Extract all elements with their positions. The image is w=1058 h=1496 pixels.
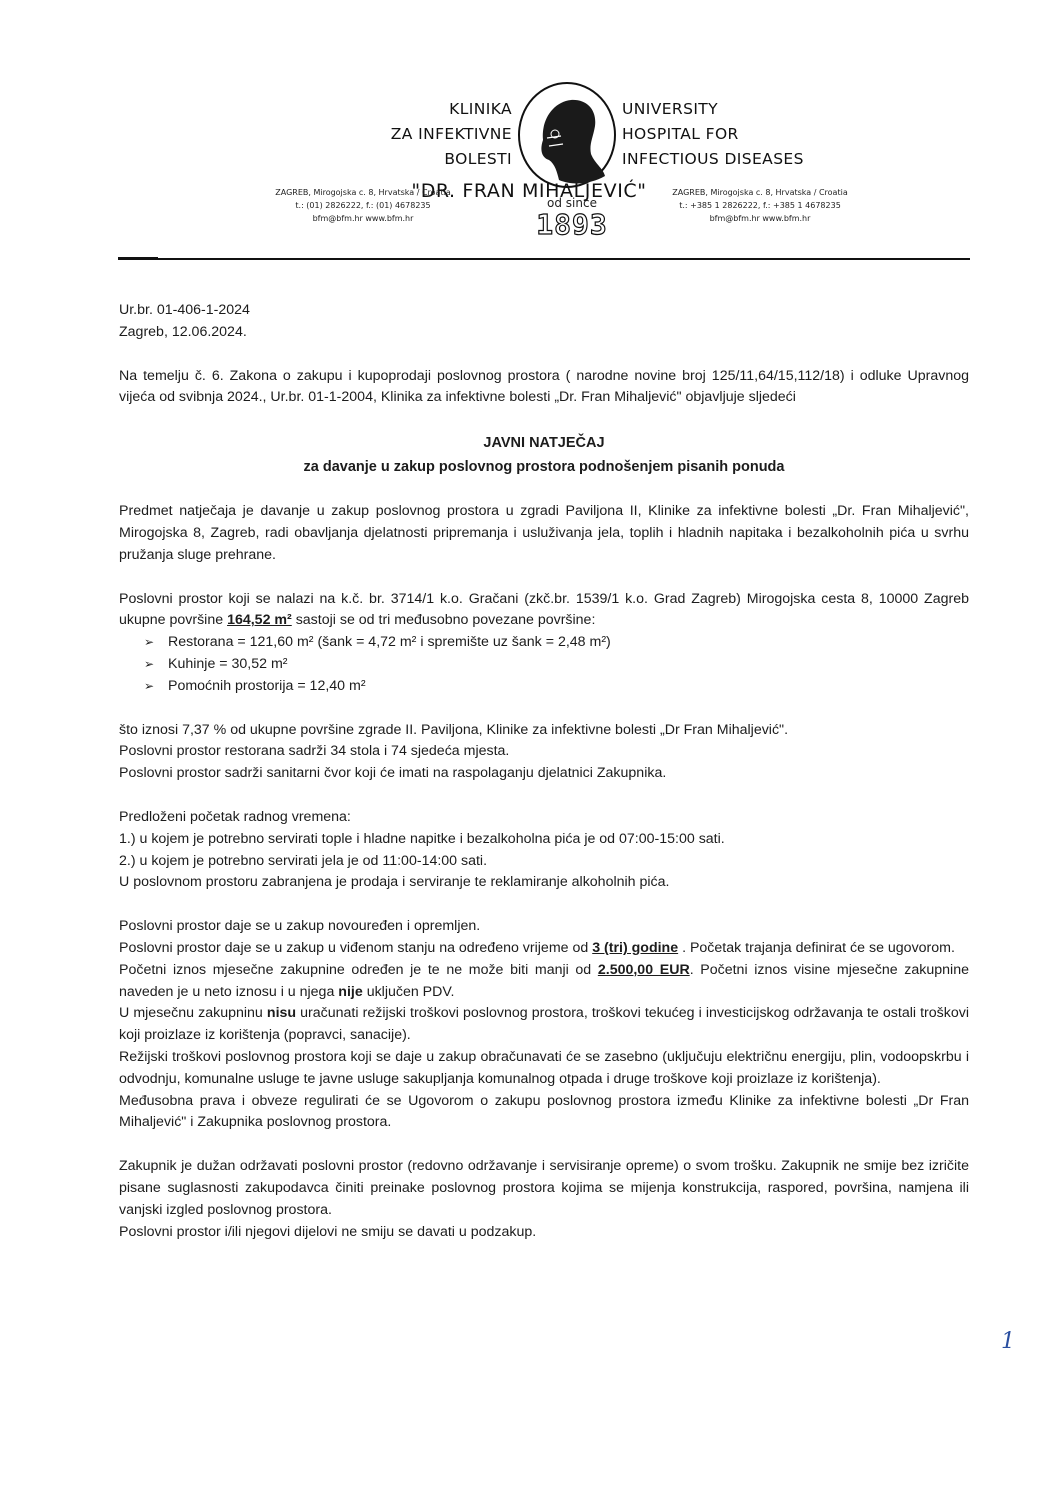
premises-text: sastoji se od tri međusobno povezane pov…: [292, 612, 596, 628]
address-line: t.: (01) 2826222, f.: (01) 4678235: [268, 199, 458, 212]
terms-utilities: Režijski troškovi poslovnog prostora koj…: [119, 1047, 969, 1091]
terms-text: Početni iznos mjesečne zakupnine određen…: [119, 962, 598, 978]
area-item-text: Restorana = 121,60 m² (šank = 4,72 m² i …: [168, 634, 611, 650]
sanitary-info: Poslovni prostor sadrži sanitarni čvor k…: [119, 763, 969, 785]
terms-contract: Međusobna prava i obveze regulirati će s…: [119, 1091, 969, 1135]
letterhead-left-line: ZA INFEKTIVNE: [360, 122, 512, 147]
intro-paragraph: Na temelju č. 6. Zakona o zakupu i kupop…: [119, 366, 969, 410]
area-list: ➢Restorana = 121,60 m² (šank = 4,72 m² i…: [119, 632, 969, 697]
address-block-left: ZAGREB, Mirogojska c. 8, Hrvatska / Croa…: [268, 186, 458, 225]
hours-item: 2.) u kojem je potrebno servirati jela j…: [119, 851, 969, 873]
terms-exclusions: U mjesečnu zakupninu nisu uračunati reži…: [119, 1003, 969, 1047]
area-item-text: Pomoćnih prostorija = 12,40 m²: [168, 678, 366, 694]
arrowhead-bullet-icon: ➢: [144, 676, 154, 698]
notice-subtitle: za davanje u zakup poslovnog prostora po…: [119, 455, 969, 479]
subject-paragraph: Predmet natječaja je davanje u zakup pos…: [119, 501, 969, 566]
terms-emphasis: nisu: [267, 1005, 296, 1021]
sublease-ban: Poslovni prostor i/ili njegovi dijelovi …: [119, 1222, 969, 1244]
letterhead-right-line: INFECTIOUS DISEASES: [622, 147, 882, 172]
place-date: Zagreb, 12.06.2024.: [119, 322, 969, 344]
hours-heading: Predloženi početak radnog vremena:: [119, 807, 969, 829]
terms-text: . Početak trajanja definirat će se ugovo…: [678, 940, 955, 956]
terms-text: U mjesečnu zakupninu: [119, 1005, 267, 1021]
hospital-name: "DR. FRAN MIHALJEVIĆ": [0, 180, 1058, 202]
area-item-text: Kuhinje = 30,52 m²: [168, 656, 288, 672]
letterhead-right-line: UNIVERSITY: [622, 97, 882, 122]
alcohol-ban: U poslovnom prostoru zabranjena je proda…: [119, 872, 969, 894]
total-area: 164,52 m²: [227, 612, 292, 628]
header-divider: [118, 258, 970, 260]
obligations-paragraph: Zakupnik je dužan održavati poslovni pro…: [119, 1156, 969, 1221]
handwritten-page-mark: 1: [1001, 1329, 1015, 1354]
letterhead-croatian-name: KLINIKA ZA INFEKTIVNE BOLESTI: [360, 97, 512, 172]
terms-text: uključen PDV.: [363, 984, 455, 1000]
hours-item: 1.) u kojem je potrebno servirati tople …: [119, 829, 969, 851]
arrowhead-bullet-icon: ➢: [144, 632, 154, 654]
letterhead-left-line: BOLESTI: [360, 147, 512, 172]
list-item: ➢Restorana = 121,60 m² (šank = 4,72 m² i…: [119, 632, 969, 654]
address-line: bfm@bfm.hr www.bfm.hr: [660, 212, 860, 225]
arrowhead-bullet-icon: ➢: [144, 654, 154, 676]
seating-info: Poslovni prostor restorana sadrži 34 sto…: [119, 741, 969, 763]
list-item: ➢Kuhinje = 30,52 m²: [119, 654, 969, 676]
address-line: ZAGREB, Mirogojska c. 8, Hrvatska / Croa…: [660, 186, 860, 199]
reference-number: Ur.br. 01-406-1-2024: [119, 300, 969, 322]
letterhead-left-line: KLINIKA: [360, 97, 512, 122]
terms-condition: Poslovni prostor daje se u zakup novoure…: [119, 916, 969, 938]
document-page: KLINIKA ZA INFEKTIVNE BOLESTI UNIVERSITY…: [0, 0, 1058, 1496]
document-body: Ur.br. 01-406-1-2024 Zagreb, 12.06.2024.…: [119, 300, 969, 1243]
header-divider-accent: [118, 257, 158, 260]
terms-text: Poslovni prostor daje se u zakup u viđen…: [119, 940, 592, 956]
terms-duration: Poslovni prostor daje se u zakup u viđen…: [119, 938, 969, 960]
address-line: t.: +385 1 2826222, f.: +385 1 4678235: [660, 199, 860, 212]
founder-portrait-logo-icon: [513, 80, 621, 190]
share-of-building: što iznosi 7,37 % od ukupne površine zgr…: [119, 720, 969, 742]
lease-duration: 3 (tri) godine: [592, 940, 678, 956]
notice-title: JAVNI NATJEČAJ: [119, 431, 969, 455]
list-item: ➢Pomoćnih prostorija = 12,40 m²: [119, 676, 969, 698]
terms-rent: Početni iznos mjesečne zakupnine određen…: [119, 960, 969, 1004]
address-line: bfm@bfm.hr www.bfm.hr: [268, 212, 458, 225]
letterhead-english-name: UNIVERSITY HOSPITAL FOR INFECTIOUS DISEA…: [622, 97, 882, 172]
founding-year: 1893: [532, 208, 612, 241]
address-line: ZAGREB, Mirogojska c. 8, Hrvatska / Croa…: [268, 186, 458, 199]
premises-paragraph: Poslovni prostor koji se nalazi na k.č. …: [119, 589, 969, 633]
minimum-rent: 2.500,00 EUR: [598, 962, 690, 978]
terms-emphasis: nije: [338, 984, 362, 1000]
address-block-right: ZAGREB, Mirogojska c. 8, Hrvatska / Croa…: [660, 186, 860, 225]
letterhead-right-line: HOSPITAL FOR: [622, 122, 882, 147]
